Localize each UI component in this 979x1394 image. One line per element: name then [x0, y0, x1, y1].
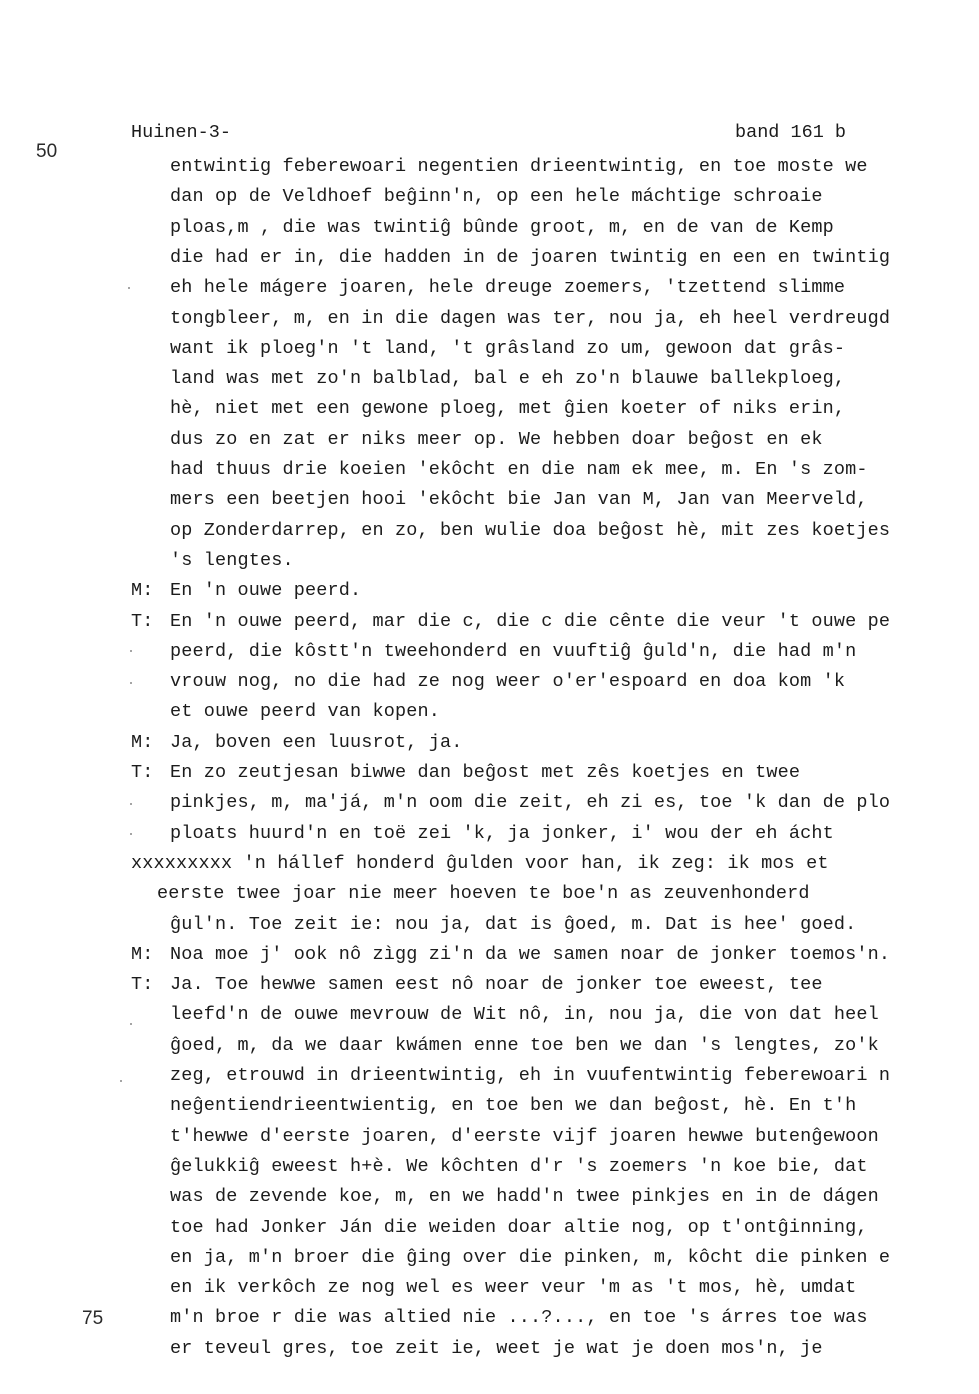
transcript-line: en ik verkôch ze nog wel es weer veur 'm… — [170, 1277, 856, 1299]
transcript-line: ĝelukkiĝ eweest h+è. We kôchten d'r 's z… — [170, 1156, 868, 1178]
transcript-line: had thuus drie koeien 'ekôcht en die nam… — [170, 459, 868, 481]
transcript-line: vrouw nog, no die had ze nog weer o'er'e… — [170, 671, 845, 693]
speaker-label: T: — [131, 611, 154, 633]
transcript-line: En 'n ouwe peerd, mar die c, die c die c… — [170, 611, 890, 633]
transcript-line: zeg, etrouwd in drieentwintig, eh in vuu… — [170, 1065, 890, 1087]
transcript-line: m'n broe r die was altied nie ...?..., e… — [170, 1307, 868, 1329]
transcript-line: Ja. Toe hewwe samen eest nô noar de jonk… — [170, 974, 823, 996]
transcript-line: ĝoed, m, da we daar kwámen enne toe ben … — [170, 1035, 879, 1057]
transcript-line: et ouwe peerd van kopen. — [170, 701, 440, 723]
transcript-line: Ja, boven een luusrot, ja. — [170, 732, 463, 754]
transcript-line: tongbleer, m, en in die dagen was ter, n… — [170, 308, 890, 330]
transcript-line: eh hele mágere joaren, hele dreuge zoeme… — [170, 277, 845, 299]
margin-line-number-bottom: 75 — [82, 1308, 103, 1330]
transcript-line: toe had Jonker Ján die weiden doar altie… — [170, 1217, 868, 1239]
transcript-line: Noa moe j' ook nô zìgg zi'n da we samen … — [170, 944, 890, 966]
transcript-line: er teveul gres, toe zeit ie, weet je wat… — [170, 1338, 823, 1360]
transcript-line: peerd, die kôstt'n tweehonderd en vuufti… — [170, 641, 856, 663]
transcript-line: en ja, m'n broer die ĝing over die pinke… — [170, 1247, 890, 1269]
transcript-line: t'hewwe d'eerste joaren, d'eerste vijf j… — [170, 1126, 879, 1148]
speaker-label: M: — [131, 580, 154, 602]
transcript-line: eerste twee joar nie meer hoeven te boe'… — [157, 883, 810, 905]
speaker-label: M: — [131, 732, 154, 754]
transcript-line: En 'n ouwe peerd. — [170, 580, 361, 602]
speck — [130, 650, 132, 652]
speaker-label: M: — [131, 944, 154, 966]
typed-transcript-page: 50 75 Huinen-3- band 161 b entwintig feb… — [0, 0, 979, 1394]
speck — [128, 287, 130, 289]
speck — [130, 833, 132, 835]
transcript-line: En zo zeutjesan biwwe dan beĝost met zês… — [170, 762, 800, 784]
document-header-tape-reference: band 161 b — [735, 122, 846, 143]
speck — [130, 803, 132, 805]
transcript-line: neĝentiendrieentwientig, en toe ben we d… — [170, 1095, 856, 1117]
transcript-line: xxxxxxxxx 'n hállef honderd ĝulden voor … — [131, 853, 829, 875]
speaker-label: T: — [131, 762, 154, 784]
speck — [130, 1023, 132, 1025]
transcript-line: die had er in, die hadden in de joaren t… — [170, 247, 890, 269]
transcript-line: leefd'n de ouwe mevrouw de Wit nô, in, n… — [170, 1004, 879, 1026]
speck — [120, 1080, 122, 1082]
margin-line-number-top: 50 — [36, 141, 57, 163]
transcript-line: mers een beetjen hooi 'ekôcht bie Jan va… — [170, 489, 868, 511]
document-header-title: Huinen-3- — [131, 122, 231, 143]
transcript-line: dan op de Veldhoef beĝinn'n, op een hele… — [170, 186, 823, 208]
speck — [130, 682, 132, 684]
transcript-line: was de zevende koe, m, en we hadd'n twee… — [170, 1186, 879, 1208]
transcript-line: ĝul'n. Toe zeit ie: nou ja, dat is ĝoed,… — [170, 914, 856, 936]
transcript-line: entwintig feberewoari negentien drieentw… — [170, 156, 868, 178]
speaker-label: T: — [131, 974, 154, 996]
transcript-line: ploats huurd'n en toë zei 'k, ja jonker,… — [170, 823, 834, 845]
transcript-line: hè, niet met een gewone ploeg, met ĝien … — [170, 398, 845, 420]
transcript-line: ploas,m , die was twintiĝ bûnde groot, m… — [170, 217, 834, 239]
transcript-line: land was met zo'n balblad, bal e eh zo'n… — [170, 368, 845, 390]
transcript-line: want ik ploeg'n 't land, 't grâsland zo … — [170, 338, 845, 360]
transcript-line: 's lengtes. — [170, 550, 294, 572]
transcript-line: pinkjes, m, ma'já, m'n oom die zeit, eh … — [170, 792, 890, 814]
transcript-line: dus zo en zat er niks meer op. We hebben… — [170, 429, 823, 451]
transcript-line: op Zonderdarrep, en zo, ben wulie doa be… — [170, 520, 890, 542]
